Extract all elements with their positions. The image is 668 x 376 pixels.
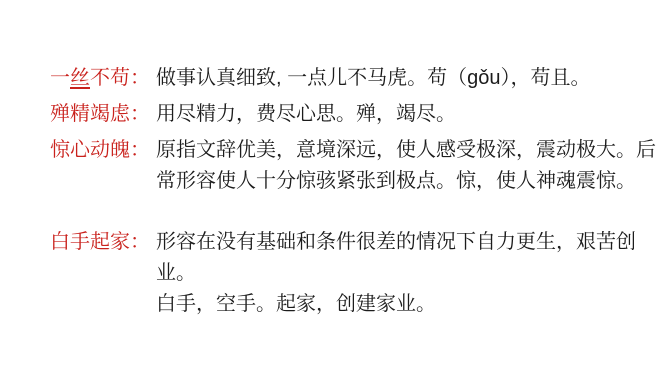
idiom-term: 惊心动魄： <box>50 135 156 166</box>
definition-entry: 殚精竭虑： 用尽精力，费尽心思。殚，竭尽。 <box>50 99 662 130</box>
term-underlined-text: 丝 <box>70 67 90 89</box>
definitions-group-bottom: 白手起家： 形容在没有基础和条件很差的情况下自力更生，艰苦创业。 白手，空手。起… <box>50 227 662 325</box>
definition-entry: 白手起家： 形容在没有基础和条件很差的情况下自力更生，艰苦创业。 白手，空手。起… <box>50 227 662 320</box>
term-text: 惊心动魄： <box>50 139 150 161</box>
idiom-definitions-slide: 一丝不苟： 做事认真细致, 一点儿不马虎。苟（gǒu），苟且。 殚精竭虑： 用尽… <box>0 0 668 376</box>
idiom-definition: 用尽精力，费尽心思。殚，竭尽。 <box>156 99 662 130</box>
term-text: 殚精竭虑： <box>50 103 150 125</box>
definition-entry: 一丝不苟： 做事认真细致, 一点儿不马虎。苟（gǒu），苟且。 <box>50 63 662 94</box>
idiom-definition: 形容在没有基础和条件很差的情况下自力更生，艰苦创业。 白手，空手。起家，创建家业… <box>156 227 662 320</box>
term-text: 白手起家： <box>50 231 150 253</box>
idiom-term: 白手起家： <box>50 227 156 258</box>
term-text: 不苟： <box>90 67 150 89</box>
idiom-term: 一丝不苟： <box>50 63 156 94</box>
definition-entry: 惊心动魄： 原指文辞优美，意境深远，使人感受极深，震动极大。后 常形容使人十分惊… <box>50 135 662 197</box>
definitions-group-top: 一丝不苟： 做事认真细致, 一点儿不马虎。苟（gǒu），苟且。 殚精竭虑： 用尽… <box>50 63 662 202</box>
idiom-definition: 原指文辞优美，意境深远，使人感受极深，震动极大。后 常形容使人十分惊骇紧张到极点… <box>156 135 662 197</box>
term-text: 一 <box>50 67 70 89</box>
idiom-definition: 做事认真细致, 一点儿不马虎。苟（gǒu），苟且。 <box>156 63 662 94</box>
idiom-term: 殚精竭虑： <box>50 99 156 130</box>
